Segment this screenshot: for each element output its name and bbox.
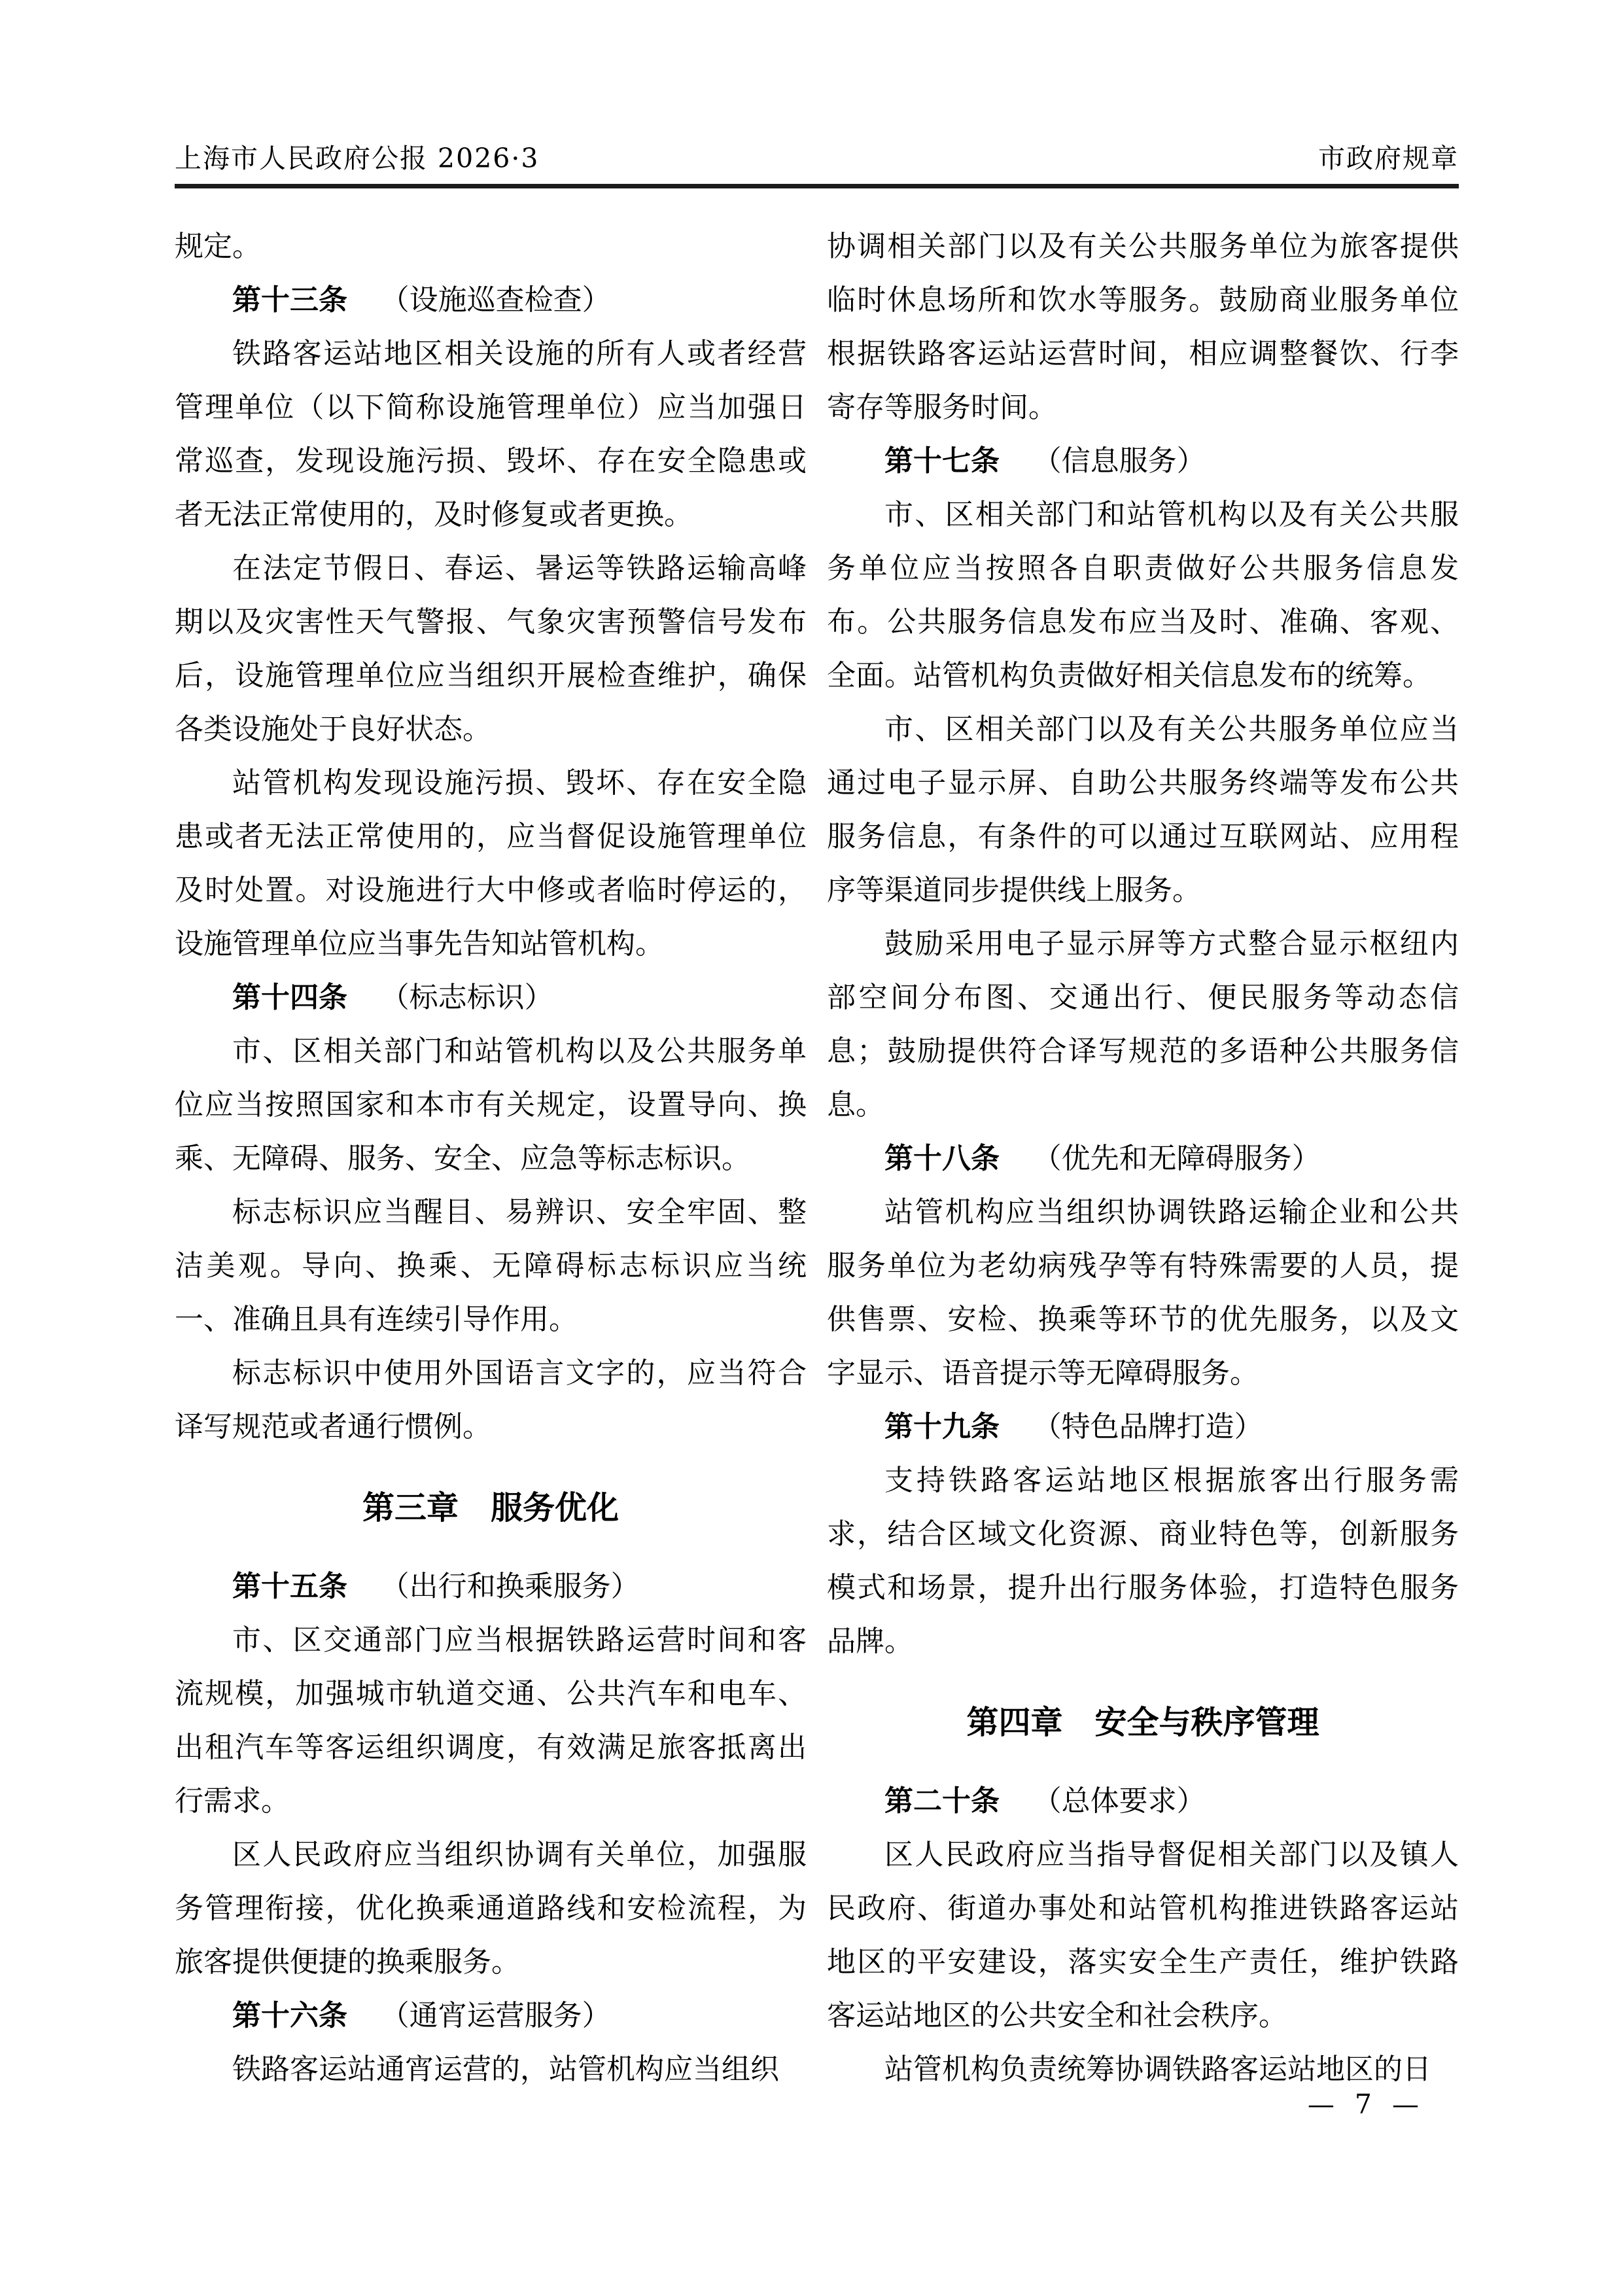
paragraph: 站管机构发现设施污损、毁坏、存在安全隐患或者无法正常使用的，应当督促设施管理单位…	[175, 756, 807, 971]
article-heading: 第十五条（出行和换乘服务）	[175, 1560, 807, 1614]
right-column: 协调相关部门以及有关公共服务单位为旅客提供临时休息场所和饮水等服务。鼓励商业服务…	[827, 220, 1459, 2096]
article-number: 第十七条	[884, 444, 1000, 478]
article-title: （出行和换乘服务）	[381, 1570, 640, 1603]
article-number: 第十四条	[232, 981, 347, 1014]
chapter-heading: 第三章 服务优化	[175, 1481, 807, 1535]
article-title: （特色品牌打造）	[1033, 1410, 1263, 1443]
header-rule	[175, 184, 1459, 188]
article-title: （总体要求）	[1033, 1784, 1206, 1818]
article-number: 第二十条	[884, 1784, 1000, 1818]
article-number: 第十六条	[232, 1999, 347, 2032]
paragraph: 标志标识中使用外国语言文字的，应当符合译写规范或者通行惯例。	[175, 1347, 807, 1454]
paragraph: 支持铁路客运站地区根据旅客出行服务需求，结合区域文化资源、商业特色等，创新服务模…	[827, 1454, 1459, 1669]
paragraph: 区人民政府应当组织协调有关单位，加强服务管理衔接，优化换乘通道路线和安检流程，为…	[175, 1828, 807, 1989]
article-heading: 第十三条（设施巡查检查）	[175, 274, 807, 327]
paragraph: 铁路客运站通宵运营的，站管机构应当组织	[175, 2043, 807, 2096]
gazette-title: 上海市人民政府公报 2026·3	[175, 143, 540, 174]
paragraph: 规定。	[175, 220, 807, 274]
article-title: （通宵运营服务）	[381, 1999, 611, 2032]
article-heading: 第十九条（特色品牌打造）	[827, 1400, 1459, 1454]
paragraph: 标志标识应当醒目、易辨识、安全牢固、整洁美观。导向、换乘、无障碍标志标识应当统一…	[175, 1186, 807, 1347]
paragraph: 鼓励采用电子显示屏等方式整合显示枢纽内部空间分布图、交通出行、便民服务等动态信息…	[827, 917, 1459, 1132]
chapter-heading: 第四章 安全与秩序管理	[827, 1696, 1459, 1750]
article-heading: 第二十条（总体要求）	[827, 1775, 1459, 1828]
paragraph: 站管机构应当组织协调铁路运输企业和公共服务单位为老幼病残孕等有特殊需要的人员，提…	[827, 1186, 1459, 1400]
article-heading: 第十六条（通宵运营服务）	[175, 1989, 807, 2043]
article-number: 第十九条	[884, 1410, 1000, 1443]
gazette-page: 上海市人民政府公报 2026·3 市政府规章 规定。第十三条（设施巡查检查）铁路…	[0, 0, 1623, 2296]
paragraph: 协调相关部门以及有关公共服务单位为旅客提供临时休息场所和饮水等服务。鼓励商业服务…	[827, 220, 1459, 434]
article-heading: 第十七条（信息服务）	[827, 434, 1459, 488]
paragraph: 市、区相关部门和站管机构以及有关公共服务单位应当按照各自职责做好公共服务信息发布…	[827, 488, 1459, 703]
article-heading: 第十四条（标志标识）	[175, 971, 807, 1025]
article-title: （信息服务）	[1033, 444, 1206, 478]
left-column: 规定。第十三条（设施巡查检查）铁路客运站地区相关设施的所有人或者经营管理单位（以…	[175, 220, 807, 2096]
paragraph: 市、区交通部门应当根据铁路运营时间和客流规模，加强城市轨道交通、公共汽车和电车、…	[175, 1614, 807, 1828]
article-number: 第十八条	[884, 1142, 1000, 1175]
paragraph: 市、区相关部门和站管机构以及公共服务单位应当按照国家和本市有关规定，设置导向、换…	[175, 1025, 807, 1186]
paragraph: 市、区相关部门以及有关公共服务单位应当通过电子显示屏、自助公共服务终端等发布公共…	[827, 703, 1459, 917]
article-title: （设施巡查检查）	[381, 283, 611, 317]
article-heading: 第十八条（优先和无障碍服务）	[827, 1132, 1459, 1186]
paragraph: 在法定节假日、春运、暑运等铁路运输高峰期以及灾害性天气警报、气象灾害预警信号发布…	[175, 542, 807, 756]
paragraph: 铁路客运站地区相关设施的所有人或者经营管理单位（以下简称设施管理单位）应当加强日…	[175, 327, 807, 542]
section-label: 市政府规章	[1318, 143, 1459, 174]
article-title: （优先和无障碍服务）	[1033, 1142, 1321, 1175]
article-title: （标志标识）	[381, 981, 553, 1014]
article-number: 第十五条	[232, 1570, 347, 1603]
page-number: — 7 —	[1308, 2089, 1419, 2120]
document-body: 规定。第十三条（设施巡查检查）铁路客运站地区相关设施的所有人或者经营管理单位（以…	[175, 220, 1459, 2096]
article-number: 第十三条	[232, 283, 347, 317]
paragraph: 区人民政府应当指导督促相关部门以及镇人民政府、街道办事处和站管机构推进铁路客运站…	[827, 1828, 1459, 2043]
